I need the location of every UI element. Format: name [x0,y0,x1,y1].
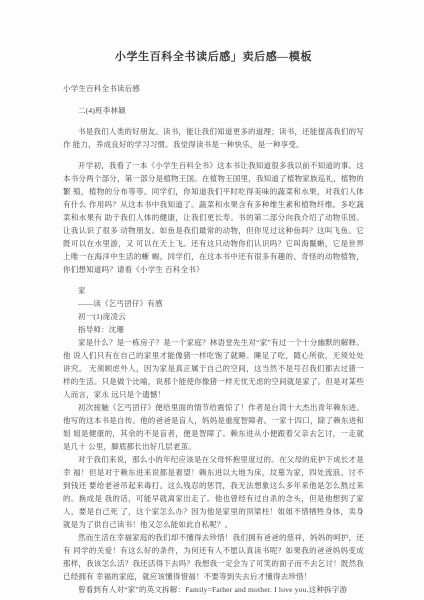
essay-meta-line: ——读《乞丐囝仔》有感 [63,297,364,310]
essay-title: 家 [63,284,364,297]
essay-meta-line: 指导师：沈珊 [63,323,364,336]
essay-byline: 二(4)班李林颖 [63,104,364,117]
paragraph: 然而生活在幸福家庭的我们却不懂得去珍惜！我们拥有爸爸的慈祥，妈妈的呵护，还有 同… [63,531,364,583]
essay-meta-line: 初一(1)庞凌云 [63,310,364,323]
paragraph: 书是我们人类的好朋友。读书，能让我们知道更多的道理；读书，还能提高我们的写作 能… [63,125,364,151]
paragraph: 曾看到有人对“家”的英文拆解：Family=Father and mother.… [63,583,364,596]
paragraph: 对于我们来说，那么小的年纪应该是在父母怀抱里度过的。在父母的庇护下成长才是幸 福… [63,453,364,531]
paragraph: 开学初，我看了一本《小学生百科全书》这本书让我知道很多我以前不知道的事。这本书分… [63,159,364,276]
document-page: 小学生百科全书读后感」卖后感—模板小学生百科全书读后感二(4)班李林颖书是我们人… [0,0,424,600]
paragraph: 初次接触《乞丐囝仔》便给里面的情节给震惊了！作者是台湾十大杰出青年赖东进。他写的… [63,401,364,453]
paragraph: 家是什么？是一栋房子？是一个家庭？林语堂先生对“家”有过一个十分幽默的解释。他 … [63,336,364,401]
essay-heading: 小学生百科全书读后感 [63,82,364,95]
doc-title: 小学生百科全书读后感」卖后感—模板 [63,50,364,65]
document-body: 小学生百科全书读后感」卖后感—模板小学生百科全书读后感二(4)班李林颖书是我们人… [63,50,364,596]
